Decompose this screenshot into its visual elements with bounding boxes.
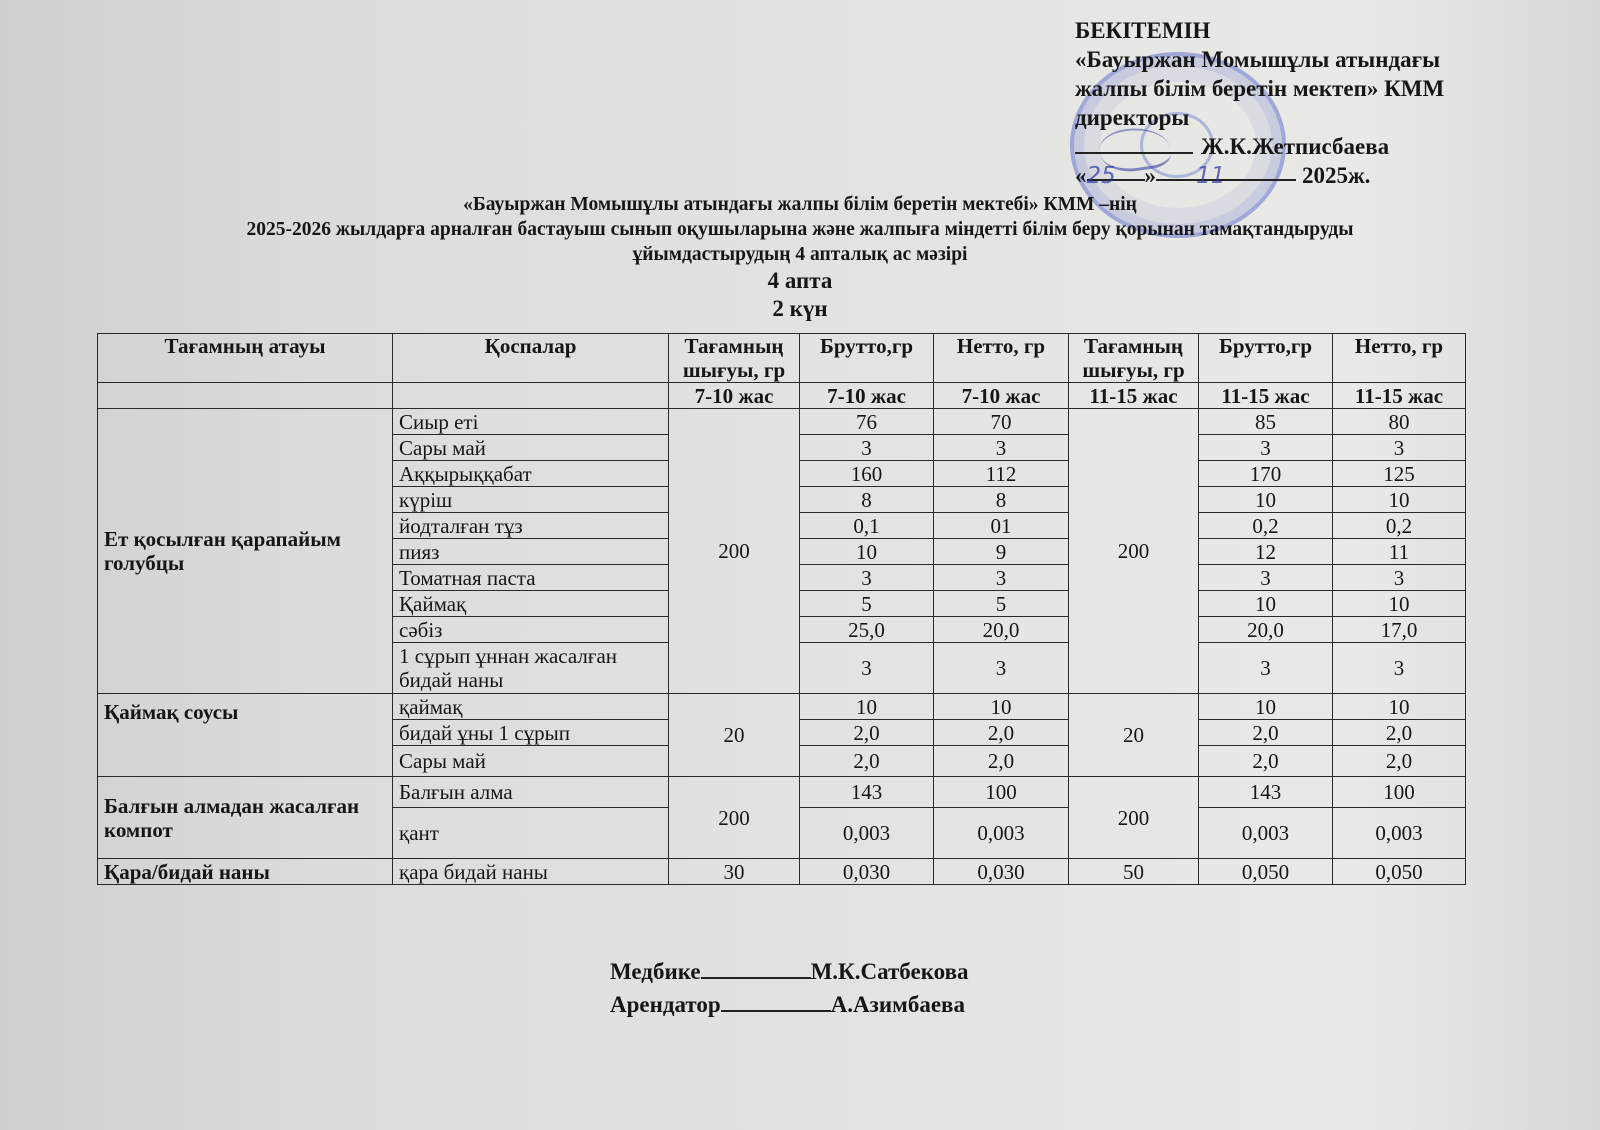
netto-7-10-cell: 0,030 [934, 859, 1069, 885]
ingredient-cell: күріш [393, 487, 669, 513]
approval-position: директоры [1075, 103, 1535, 132]
day-label: 2 күн [100, 295, 1500, 323]
director-name: Ж.К.Жетписбаева [1201, 134, 1389, 159]
ingredient-cell: Сары май [393, 746, 669, 777]
netto-7-10-cell: 112 [934, 461, 1069, 487]
brutto-11-15-cell: 3 [1199, 565, 1333, 591]
netto-7-10-cell: 5 [934, 591, 1069, 617]
header-yield-11-15: Тағамның шығуы, гр [1069, 334, 1199, 383]
menu-table: Тағамның атауы Қоспалар Тағамның шығуы, … [97, 333, 1466, 885]
brutto-11-15-cell: 2,0 [1199, 720, 1333, 746]
netto-11-15-cell: 3 [1333, 565, 1466, 591]
tenant-line: АрендаторА.Азимбаева [610, 988, 969, 1021]
title-line3: ұйымдастырудың 4 апталық ас мәзірі [100, 242, 1500, 267]
netto-11-15-cell: 0,050 [1333, 859, 1466, 885]
signature-line [1075, 134, 1193, 154]
netto-7-10-cell: 3 [934, 435, 1069, 461]
brutto-7-10-cell: 2,0 [800, 720, 934, 746]
brutto-7-10-cell: 3 [800, 435, 934, 461]
ingredient-cell: қант [393, 808, 669, 859]
netto-7-10-cell: 20,0 [934, 617, 1069, 643]
yield-11-15-cell: 200 [1069, 409, 1199, 694]
brutto-7-10-cell: 160 [800, 461, 934, 487]
brutto-7-10-cell: 5 [800, 591, 934, 617]
ingredient-cell: Аққырыққабат [393, 461, 669, 487]
netto-11-15-cell: 80 [1333, 409, 1466, 435]
brutto-11-15-cell: 2,0 [1199, 746, 1333, 777]
netto-7-10-cell: 3 [934, 643, 1069, 694]
ingredient-cell: йодталған тұз [393, 513, 669, 539]
dish-name-cell: Қаймақ соусы [98, 694, 393, 777]
netto-7-10-cell: 70 [934, 409, 1069, 435]
date-open-quote: « [1075, 163, 1087, 188]
netto-7-10-cell: 2,0 [934, 720, 1069, 746]
netto-11-15-cell: 10 [1333, 591, 1466, 617]
netto-11-15-cell: 17,0 [1333, 617, 1466, 643]
ingredient-cell: сәбіз [393, 617, 669, 643]
approval-heading: БЕКІТЕМІН [1075, 16, 1535, 45]
age-cell: 11-15 жас [1199, 383, 1333, 409]
brutto-7-10-cell: 0,1 [800, 513, 934, 539]
nurse-label: Медбике [610, 959, 701, 984]
header-brutto-11-15: Брутто,гр [1199, 334, 1333, 383]
brutto-11-15-cell: 0,2 [1199, 513, 1333, 539]
netto-11-15-cell: 2,0 [1333, 720, 1466, 746]
brutto-7-10-cell: 76 [800, 409, 934, 435]
yield-7-10-cell: 30 [669, 859, 800, 885]
ingredient-cell: қаймақ [393, 694, 669, 720]
brutto-11-15-cell: 0,003 [1199, 808, 1333, 859]
table-row: Қаймақ соусықаймақ201010201010 [98, 694, 1466, 720]
netto-11-15-cell: 3 [1333, 643, 1466, 694]
dish-name-cell: Ет қосылған қарапайым голубцы [98, 409, 393, 694]
header-dish-name: Тағамның атауы [98, 334, 393, 383]
age-cell [98, 383, 393, 409]
header-yield-7-10: Тағамның шығуы, гр [669, 334, 800, 383]
netto-7-10-cell: 10 [934, 694, 1069, 720]
netto-11-15-cell: 100 [1333, 777, 1466, 808]
yield-11-15-cell: 200 [1069, 777, 1199, 859]
brutto-11-15-cell: 3 [1199, 643, 1333, 694]
approval-date-line: «25»112025ж. [1075, 161, 1535, 190]
title-line2: 2025-2026 жылдарға арналған бастауыш сын… [100, 217, 1500, 242]
brutto-11-15-cell: 12 [1199, 539, 1333, 565]
ingredient-cell: бидай ұны 1 сұрып [393, 720, 669, 746]
netto-7-10-cell: 3 [934, 565, 1069, 591]
nurse-signature-line [701, 961, 811, 979]
date-month: 11 [1196, 163, 1225, 189]
brutto-7-10-cell: 2,0 [800, 746, 934, 777]
brutto-7-10-cell: 8 [800, 487, 934, 513]
header-row: Тағамның атауы Қоспалар Тағамның шығуы, … [98, 334, 1466, 383]
age-row: 7-10 жас 7-10 жас 7-10 жас 11-15 жас 11-… [98, 383, 1466, 409]
yield-7-10-cell: 20 [669, 694, 800, 777]
yield-7-10-cell: 200 [669, 409, 800, 694]
date-day-field: 25 [1087, 161, 1145, 181]
age-cell: 7-10 жас [800, 383, 934, 409]
ingredient-cell: пияз [393, 539, 669, 565]
brutto-7-10-cell: 0,030 [800, 859, 934, 885]
tenant-label: Арендатор [610, 992, 721, 1017]
brutto-7-10-cell: 25,0 [800, 617, 934, 643]
brutto-11-15-cell: 3 [1199, 435, 1333, 461]
ingredient-cell: қара бидай наны [393, 859, 669, 885]
netto-7-10-cell: 100 [934, 777, 1069, 808]
table-row: Ет қосылған қарапайым голубцыСиыр еті200… [98, 409, 1466, 435]
approval-director-line: Ж.К.Жетписбаева [1075, 132, 1535, 161]
yield-11-15-cell: 20 [1069, 694, 1199, 777]
age-cell: 7-10 жас [934, 383, 1069, 409]
netto-11-15-cell: 10 [1333, 487, 1466, 513]
brutto-7-10-cell: 3 [800, 565, 934, 591]
dish-name-cell: Қара/бидай наны [98, 859, 393, 885]
netto-7-10-cell: 8 [934, 487, 1069, 513]
ingredient-cell: Қаймақ [393, 591, 669, 617]
age-cell [393, 383, 669, 409]
brutto-7-10-cell: 10 [800, 694, 934, 720]
brutto-11-15-cell: 10 [1199, 487, 1333, 513]
table-row: Қара/бидай нанықара бидай наны300,0300,0… [98, 859, 1466, 885]
tenant-signature-line [721, 994, 831, 1012]
ingredient-cell: Томатная паста [393, 565, 669, 591]
date-close-quote: » [1145, 163, 1157, 188]
tenant-name: А.Азимбаева [831, 992, 965, 1017]
week-label: 4 апта [100, 267, 1500, 295]
document-title: «Бауыржан Момышұлы атындағы жалпы білім … [100, 192, 1500, 323]
dish-name-cell: Балғын алмадан жасалған компот [98, 777, 393, 859]
netto-11-15-cell: 11 [1333, 539, 1466, 565]
yield-11-15-cell: 50 [1069, 859, 1199, 885]
brutto-7-10-cell: 10 [800, 539, 934, 565]
nurse-name: М.К.Сатбекова [811, 959, 969, 984]
netto-11-15-cell: 2,0 [1333, 746, 1466, 777]
brutto-11-15-cell: 0,050 [1199, 859, 1333, 885]
date-year: 2025ж. [1302, 163, 1370, 188]
netto-11-15-cell: 0,003 [1333, 808, 1466, 859]
brutto-7-10-cell: 3 [800, 643, 934, 694]
header-netto-11-15: Нетто, гр [1333, 334, 1466, 383]
ingredient-cell: Сиыр еті [393, 409, 669, 435]
ingredient-cell: Сары май [393, 435, 669, 461]
footer-signatures: МедбикеМ.К.Сатбекова АрендаторА.Азимбаев… [610, 955, 969, 1021]
date-month-field: 11 [1156, 161, 1296, 181]
brutto-11-15-cell: 10 [1199, 694, 1333, 720]
netto-11-15-cell: 3 [1333, 435, 1466, 461]
brutto-7-10-cell: 0,003 [800, 808, 934, 859]
netto-11-15-cell: 10 [1333, 694, 1466, 720]
brutto-11-15-cell: 143 [1199, 777, 1333, 808]
age-cell: 7-10 жас [669, 383, 800, 409]
ingredient-cell: Балғын алма [393, 777, 669, 808]
netto-7-10-cell: 0,003 [934, 808, 1069, 859]
brutto-11-15-cell: 10 [1199, 591, 1333, 617]
nurse-line: МедбикеМ.К.Сатбекова [610, 955, 969, 988]
approval-block: БЕКІТЕМІН «Бауыржан Момышұлы атындағы жа… [1075, 16, 1535, 190]
brutto-11-15-cell: 170 [1199, 461, 1333, 487]
header-brutto-7-10: Брутто,гр [800, 334, 934, 383]
age-cell: 11-15 жас [1333, 383, 1466, 409]
age-cell: 11-15 жас [1069, 383, 1199, 409]
brutto-11-15-cell: 85 [1199, 409, 1333, 435]
ingredient-cell: 1 сұрып ұннан жасалған бидай наны [393, 643, 669, 694]
date-day: 25 [1087, 163, 1116, 189]
header-netto-7-10: Нетто, гр [934, 334, 1069, 383]
netto-7-10-cell: 2,0 [934, 746, 1069, 777]
yield-7-10-cell: 200 [669, 777, 800, 859]
table-row: Балғын алмадан жасалған компотБалғын алм… [98, 777, 1466, 808]
netto-11-15-cell: 125 [1333, 461, 1466, 487]
brutto-11-15-cell: 20,0 [1199, 617, 1333, 643]
approval-org-line2: жалпы білім беретін мектеп» КММ [1075, 74, 1535, 103]
netto-7-10-cell: 9 [934, 539, 1069, 565]
netto-11-15-cell: 0,2 [1333, 513, 1466, 539]
brutto-7-10-cell: 143 [800, 777, 934, 808]
title-line1: «Бауыржан Момышұлы атындағы жалпы білім … [100, 192, 1500, 217]
netto-7-10-cell: 01 [934, 513, 1069, 539]
approval-org-line1: «Бауыржан Момышұлы атындағы [1075, 45, 1535, 74]
header-ingredients: Қоспалар [393, 334, 669, 383]
